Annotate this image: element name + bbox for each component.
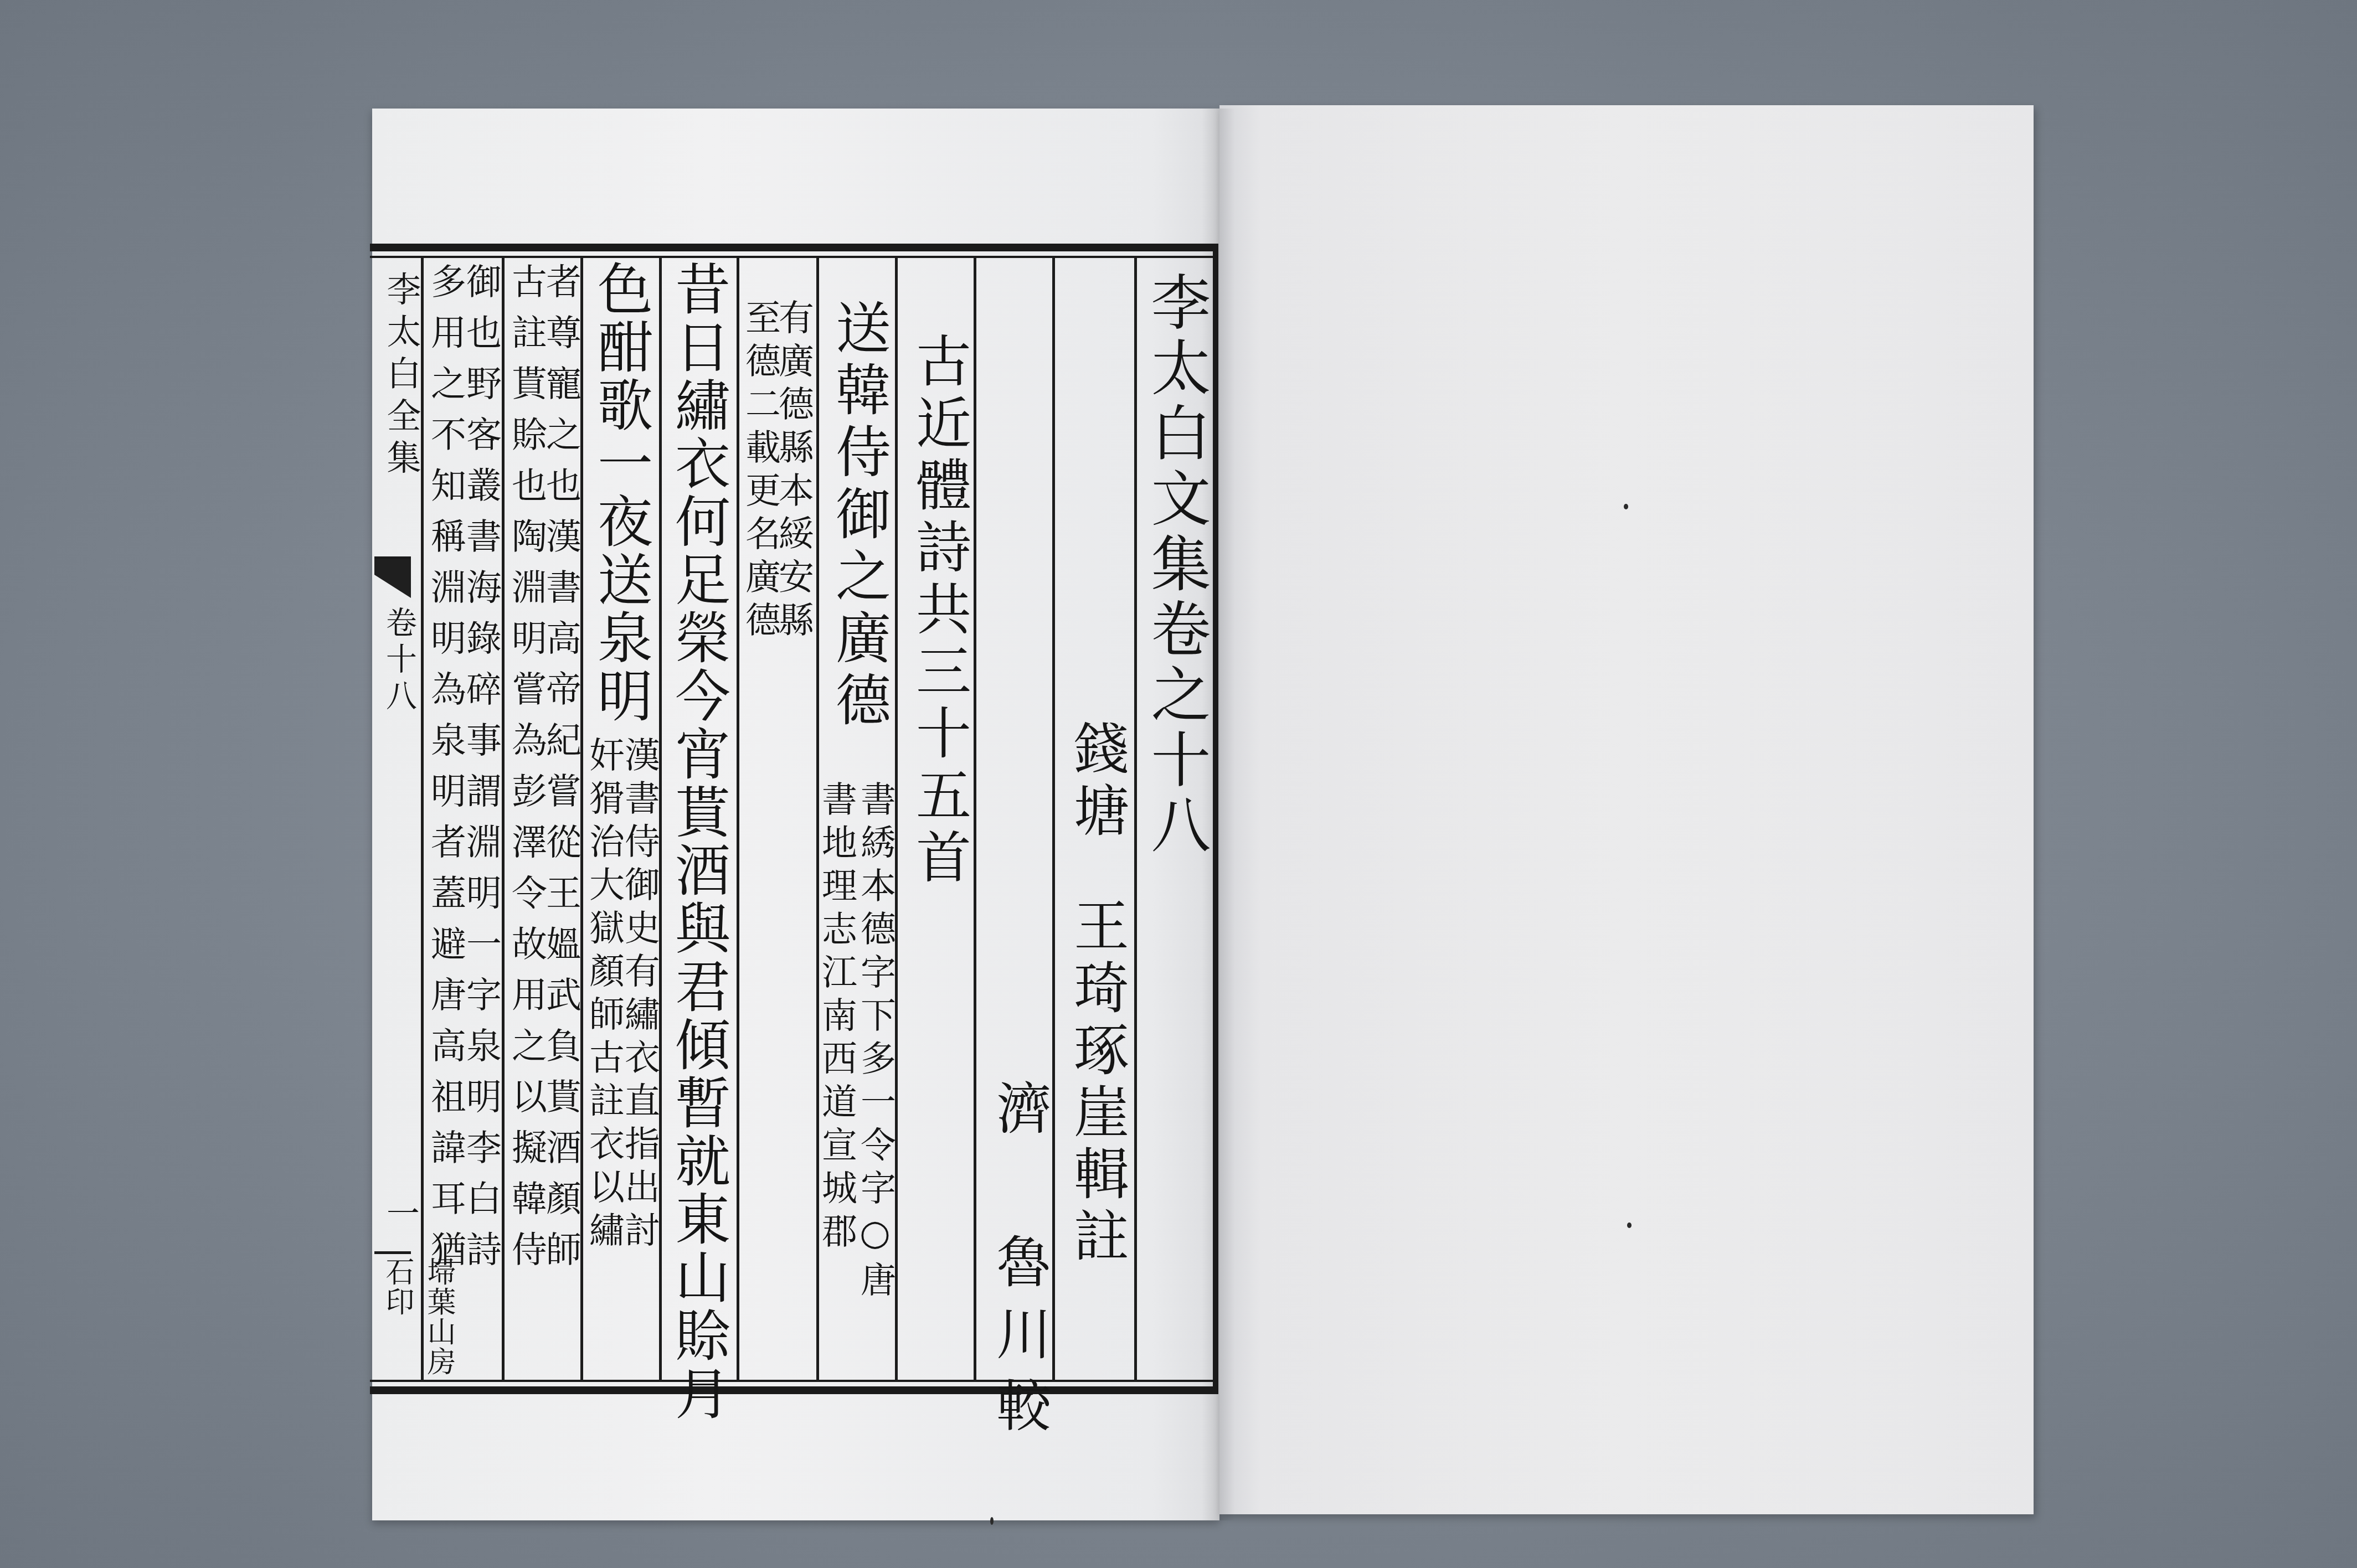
annotation-column: 書地理志江南西道宣城郡	[819, 781, 854, 1256]
banner-book-title: 李太白全集	[377, 271, 426, 482]
annotation-column: 書綉本德字下多一令字○唐	[857, 781, 893, 1304]
right-page-blank	[1219, 105, 2034, 1514]
frame-inner-top-rule	[370, 256, 1217, 258]
annotation-column: 有廣德縣本綏安縣	[775, 299, 811, 644]
annotation-column: 漢書侍御史有繡衣直指出討	[621, 736, 657, 1255]
column-rule	[502, 256, 505, 1382]
banner-divider	[374, 1251, 411, 1254]
poem-title: 送韓侍御之廣德	[831, 299, 886, 733]
column-rule	[1134, 256, 1137, 1382]
margin-banner: 李太白全集 卷十八 一 埽葉山房石印	[374, 260, 411, 1380]
frame-inner-bottom-rule	[370, 1380, 1217, 1382]
volume-title: 李太白文集卷之十八	[1145, 271, 1205, 859]
annotation-column: 御也野客叢書海錄碎事謂淵明一字泉明李白詩	[463, 263, 498, 1282]
fishtail-mark	[374, 559, 411, 598]
banner-page-number: 一	[377, 1196, 424, 1229]
section-title: 古近體詩共三十五首	[911, 332, 966, 890]
column-rule	[1052, 256, 1055, 1382]
collator: 濟 魯川較	[991, 1080, 1047, 1449]
poem-line: 昔日繡衣何足榮今宵貰酒與君傾暫就東山賒月	[670, 260, 725, 1423]
annotation-column: 者尊寵之也漢書高帝紀嘗從王媼武負貰酒顏師	[543, 263, 578, 1282]
poem-line: 色酣歌一夜送泉明	[593, 260, 648, 725]
banner-publisher: 埽葉山房石印	[377, 1257, 460, 1380]
annotation-column: 至德二載更名廣德	[742, 299, 778, 644]
annotation-column: 奸猾治大獄顏師古註衣以繡	[586, 736, 621, 1255]
banner-volume: 卷十八	[377, 606, 421, 716]
open-book: 李太白文集卷之十八 錢塘 王琦琢崖輯註 濟 魯川較 古近體詩共三十五首 送韓侍御…	[0, 0, 2357, 1568]
editor-name: 王琦琢崖輯註	[1069, 897, 1124, 1269]
column-rule	[974, 256, 976, 1382]
annotation-column: 多用之不知稱淵明為泉明者蓋避唐高祖諱耳猶	[428, 263, 463, 1282]
annotation-column: 古註貰賒也陶淵明嘗為彭澤令故用之以擬韓侍	[508, 263, 544, 1282]
editor-place: 錢塘	[1069, 720, 1124, 844]
frame-right-rule	[1213, 244, 1218, 1394]
